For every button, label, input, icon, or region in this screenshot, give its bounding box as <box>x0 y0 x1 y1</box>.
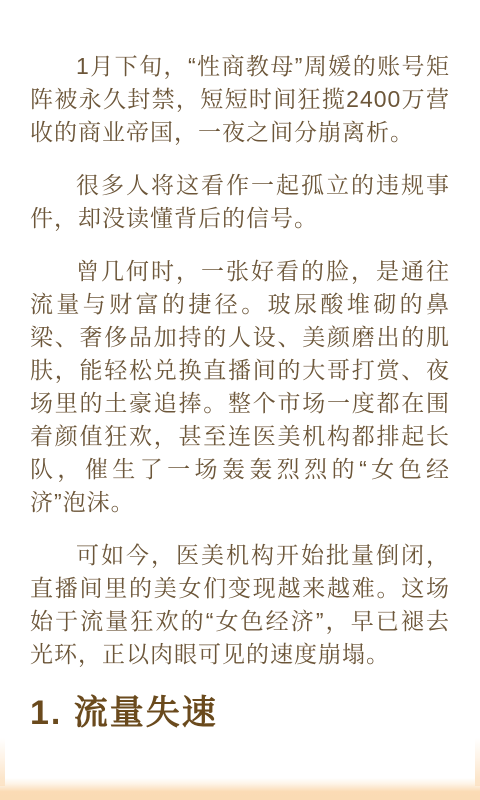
article-paragraph-4: 可如今，医美机构开始批量倒闭，直播间里的美女们变现越来越难。这场始于流量狂欢的“… <box>30 539 450 671</box>
article-page: 1月下旬，“性商教母”周媛的账号矩阵被永久封禁，短短时间狂揽2400万营收的商业… <box>0 0 480 800</box>
article-scroll-area[interactable]: 1月下旬，“性商教母”周媛的账号矩阵被永久封禁，短短时间狂揽2400万营收的商业… <box>0 0 480 735</box>
page-bottom-border <box>0 778 480 800</box>
article-paragraph-1: 1月下旬，“性商教母”周媛的账号矩阵被永久封禁，短短时间狂揽2400万营收的商业… <box>30 50 450 149</box>
article-paragraph-3: 曾几何时，一张好看的脸，是通往流量与财富的捷径。玻尿酸堆砌的鼻梁、奢侈品加持的人… <box>30 255 450 519</box>
article-paragraph-2: 很多人将这看作一起孤立的违规事件，却没读懂背后的信号。 <box>30 169 450 235</box>
section-heading: 1. 流量失速 <box>30 691 450 735</box>
